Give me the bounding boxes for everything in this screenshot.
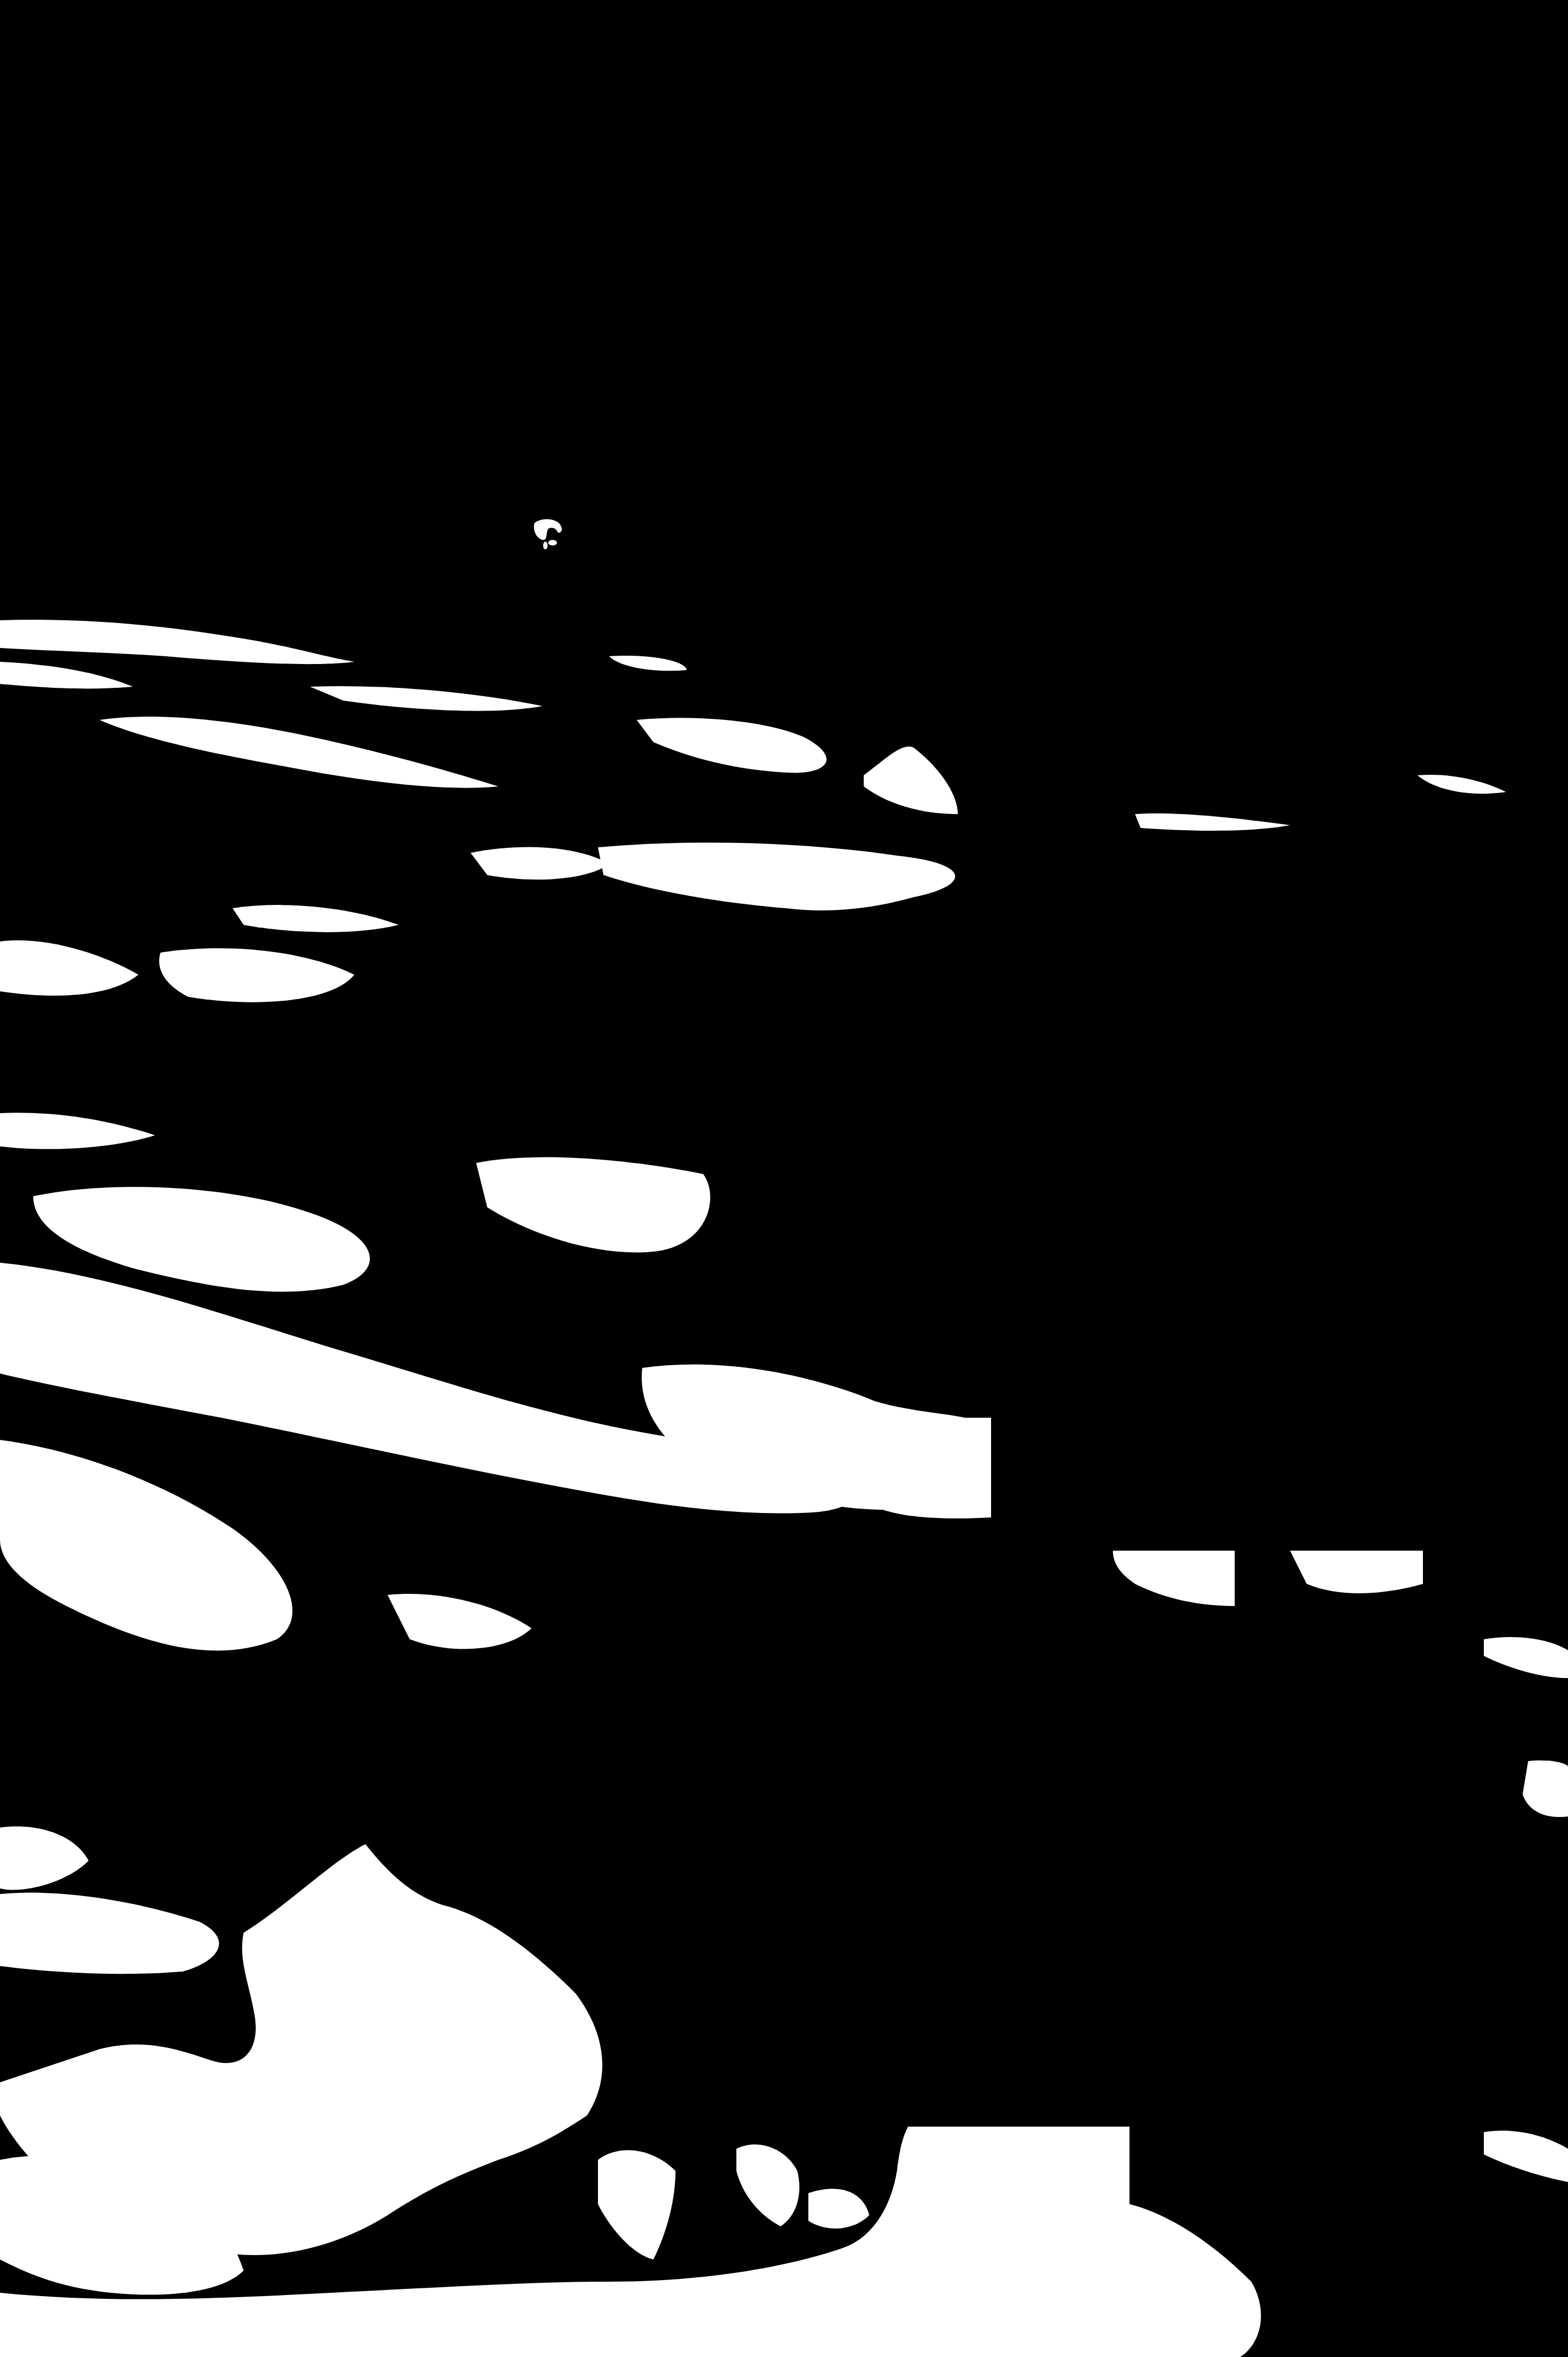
sky — [0, 0, 1568, 2357]
earth-from-orbit-image — [0, 0, 1568, 2357]
